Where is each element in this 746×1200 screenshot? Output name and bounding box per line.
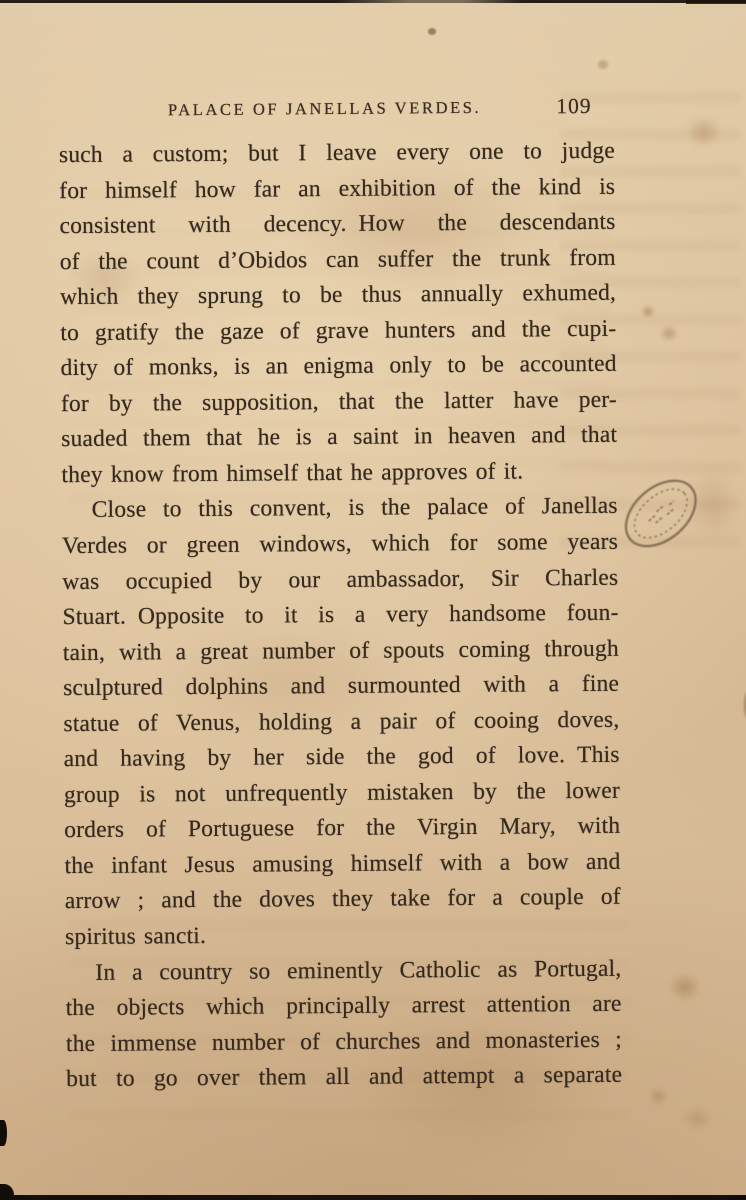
text-line: tain, with a great number of spouts comi… [63, 631, 619, 671]
scan-edge-corner [686, 0, 746, 4]
running-header: PALACE OF JANELLAS VERDES. 109 [59, 94, 615, 124]
page-content: PALACE OF JANELLAS VERDES. 109 such a cu… [0, 0, 746, 1200]
text-line: Verdes or green windows, which for some … [62, 525, 618, 565]
text-line: the immense number of churches and monas… [66, 1022, 622, 1062]
text-line: spiritus sancti. [65, 916, 621, 956]
page-number: 109 [556, 94, 591, 119]
scanned-book-page: PALACE OF JANELLAS VERDES. 109 such a cu… [0, 0, 746, 1200]
text-line: group is not unfrequently mistaken by th… [64, 774, 620, 814]
text-line: was occupied by our ambassador, Sir Char… [62, 560, 618, 600]
header-title: PALACE OF JANELLAS VERDES. [47, 97, 603, 121]
text-line: but to go over them all and attempt a se… [66, 1058, 622, 1098]
text-line: sculptured dolphins and surmounted with … [63, 667, 619, 707]
text-line: consistent with decency. How the descend… [59, 205, 615, 245]
scan-edge-bottom [0, 1195, 746, 1200]
text-line: and having by her side the god of love. … [64, 738, 620, 778]
text-line: for himself how far an exhibition of the… [59, 169, 615, 209]
text-line: they know from himself that he approves … [61, 454, 617, 494]
text-line: the objects which principally arrest att… [66, 987, 622, 1027]
body-text: such a custom; but I leave every one to … [59, 134, 623, 1098]
text-line: to gratify the gaze of grave hunters and… [60, 311, 616, 351]
text-line: orders of Portuguese for the Virgin Mary… [64, 809, 620, 849]
text-line: for by the supposition, that the latter … [61, 383, 617, 423]
text-line: dity of monks, is an enigma only to be a… [60, 347, 616, 387]
text-line: suaded them that he is a saint in heaven… [61, 418, 617, 458]
scan-edge-top [0, 0, 746, 3]
text-line: Close to this convent, is the palace of … [62, 489, 618, 529]
text-line: arrow ; and the doves they take for a co… [65, 880, 621, 920]
text-line: In a country so eminently Catholic as Po… [65, 951, 621, 991]
text-line: which they sprung to be thus annually ex… [60, 276, 616, 316]
oval-ink-stamp [614, 465, 707, 562]
text-line: Stuart. Opposite to it is a very handsom… [62, 596, 618, 636]
text-line: statue of Venus, holding a pair of cooin… [63, 702, 619, 742]
scan-edge-notch [0, 1120, 7, 1146]
text-line: the infant Jesus amusing himself with a … [64, 845, 620, 885]
text-line: such a custom; but I leave every one to … [59, 134, 615, 174]
text-line: of the count d’Obidos can suffer the tru… [60, 240, 616, 280]
